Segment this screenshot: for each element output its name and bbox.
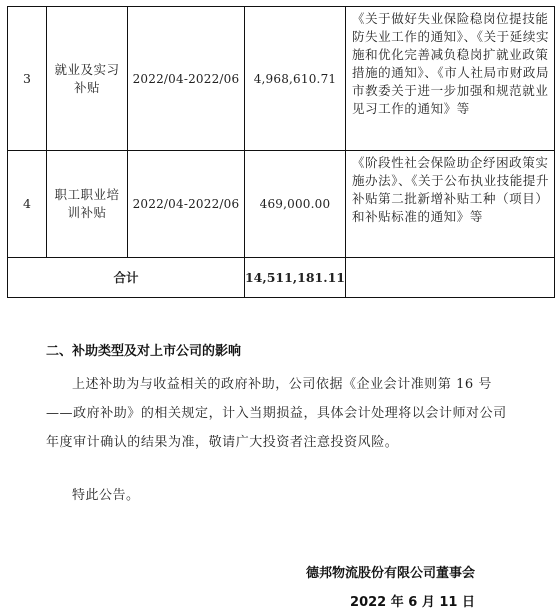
section-heading: 二、补助类型及对上市公司的影响 (46, 340, 241, 359)
total-label: 合计 (8, 258, 245, 298)
subsidy-period: 2022/04-2022/06 (127, 7, 244, 151)
subsidy-amount: 469,000.00 (244, 151, 345, 258)
total-row: 合计 14,511,181.11 (8, 258, 555, 298)
subsidy-name-line2: 补贴 (51, 79, 123, 97)
signature-date: 2022 年 6 月 11 日 (350, 591, 475, 610)
subsidy-basis: 《关于做好失业保险稳岗位提技能防失业工作的通知》、《关于延续实施和优化完善减负稳… (345, 7, 554, 151)
row-index: 3 (8, 7, 47, 151)
signature-company: 德邦物流股份有限公司董事会 (306, 562, 475, 581)
table-row: 3 就业及实习 补贴 2022/04-2022/06 4,968,610.71 … (8, 7, 555, 151)
subsidy-name: 就业及实习 补贴 (46, 7, 127, 151)
impact-paragraph: 上述补助为与收益相关的政府补助，公司依据《企业会计准则第 16 号——政府补助》… (46, 370, 516, 457)
subsidy-name-line1: 职工职业培 (51, 186, 123, 204)
subsidy-name: 职工职业培 训补贴 (46, 151, 127, 258)
subsidy-table: 3 就业及实习 补贴 2022/04-2022/06 4,968,610.71 … (7, 6, 555, 298)
subsidy-amount: 4,968,610.71 (244, 7, 345, 151)
subsidy-period: 2022/04-2022/06 (127, 151, 244, 258)
subsidy-basis: 《阶段性社会保险助企纾困政策实施办法》、《关于公布执业技能提升补贴第二批新增补贴… (345, 151, 554, 258)
closing-text: 特此公告。 (72, 484, 140, 503)
subsidy-name-line1: 就业及实习 (51, 61, 123, 79)
total-amount: 14,511,181.11 (244, 258, 345, 298)
subsidy-name-line2: 训补贴 (51, 204, 123, 222)
row-index: 4 (8, 151, 47, 258)
total-basis (345, 258, 554, 298)
table-row: 4 职工职业培 训补贴 2022/04-2022/06 469,000.00 《… (8, 151, 555, 258)
